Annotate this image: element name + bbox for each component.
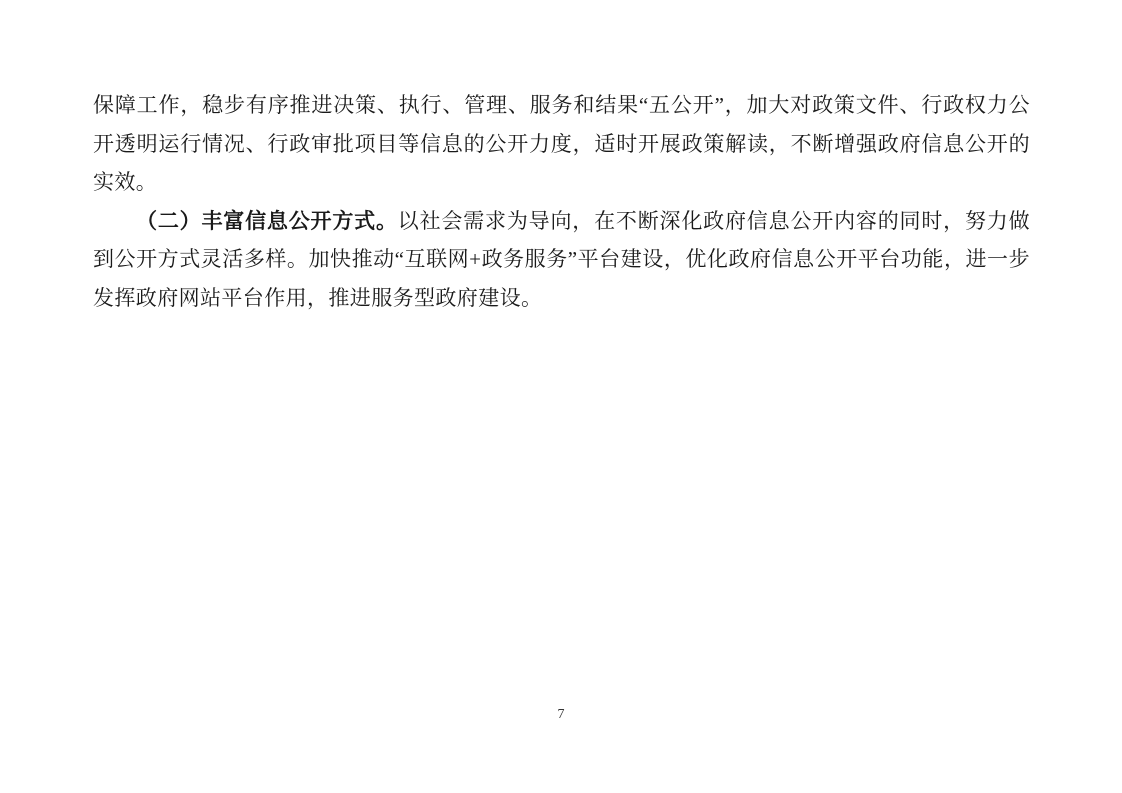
document-page: 保障工作，稳步有序推进决策、执行、管理、服务和结果“五公开”，加大对政策文件、行…: [0, 0, 1122, 793]
paragraph: 保障工作，稳步有序推进决策、执行、管理、服务和结果“五公开”，加大对政策文件、行…: [93, 86, 1030, 202]
page-body-text: 保障工作，稳步有序推进决策、执行、管理、服务和结果“五公开”，加大对政策文件、行…: [93, 86, 1030, 318]
paragraph: （二）丰富信息公开方式。以社会需求为导向，在不断深化政府信息公开内容的同时，努力…: [93, 202, 1030, 318]
text-run: 保障工作，稳步有序推进决策、执行、管理、服务和结果“五公开”，加大对政策文件、行…: [93, 93, 1030, 194]
page-number: 7: [0, 707, 1122, 723]
section-heading-run: （二）丰富信息公开方式。: [136, 209, 398, 233]
